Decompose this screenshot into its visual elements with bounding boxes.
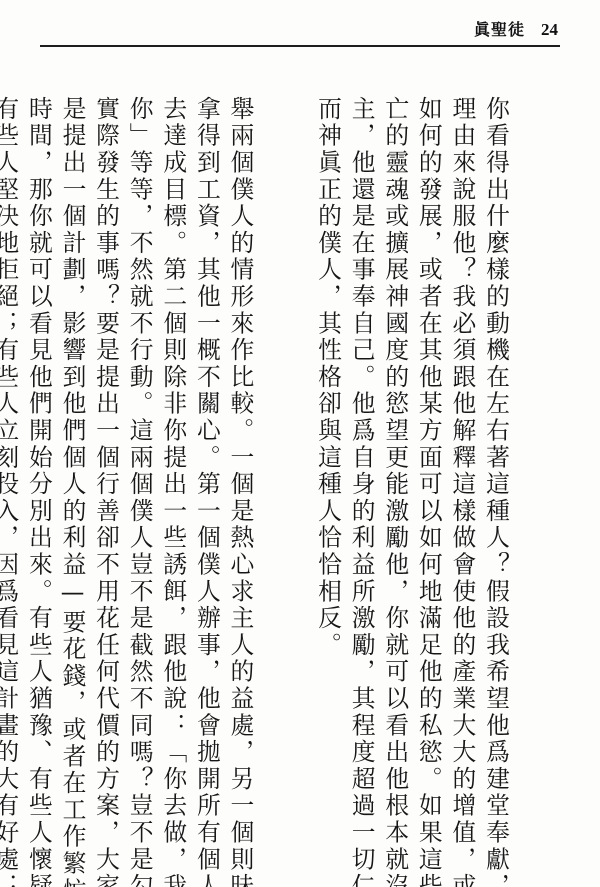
text-column: 你看得出什麼樣的動機在左右著這種人？假設我希望他爲建堂奉獻，我應該用什麼 xyxy=(478,96,566,856)
text-column: 舉兩個僕人的情形來作比較。一個是熱心求主人的益處，另一個則昧著良心，只要 xyxy=(223,96,311,856)
text-column: 拿得到工資，其他一概不關心。第一個僕人辦事，他會拋開所有個人的因素，全心全意 xyxy=(189,96,223,856)
text-column: 理由來說服他？我必須跟他解釋這樣做會使他的產業大大的增值，或是幫助他的政黨有 xyxy=(445,96,479,856)
text-column: 是提出一個計劃，影響到他們個人的利益—要花錢，或者在工作繁忙的時候要花他們的 xyxy=(55,96,89,856)
page-number: 24 xyxy=(541,20,558,40)
text-column: 如何的發展，或者在其他某方面可以如何地滿足他的私慾。如果這些動機，比起拯救滅 xyxy=(411,96,445,856)
running-title: 眞聖徒 xyxy=(474,17,525,40)
text-column: 而神眞正的僕人，其性格卻與這種人恰恰相反。 xyxy=(310,96,344,856)
running-head: 眞聖徒 24 xyxy=(474,14,558,40)
text-column: 去達成目標。第二個則除非你提出一些誘餌，跟他說：「你去做，我加你薪水、我提拔 xyxy=(156,96,190,856)
text-column: 主，他還是在事奉自己。他爲自身的利益所激勵，其程度超過一切仁義行善的原則。然 xyxy=(344,96,378,856)
text-column: 有些人堅決地拒絕；有些人立刻投入，因爲看見這計畫的大有好處；有些人則必須等你 xyxy=(0,96,21,856)
text-column: 亡的靈魂或擴展神國度的慾望更能激勵他，你就可以看出他根本就沒有獻上自己來事奉 xyxy=(378,96,412,856)
text-column: 實際發生的事嗎？要是提出一個行善卻不用花任何代價的方案，大家都會去做。可是要 xyxy=(88,96,122,856)
text-column: 時間，那你就可以看見他們開始分別出來。有些人猶豫、有些人懷疑、有些人提出反對、 xyxy=(21,96,55,856)
text-column: 你」等等，不然就不行動。這兩個僕人豈不是截然不同嗎？豈不是勾勒出我們各教會裡 xyxy=(122,96,156,856)
body-text: 你看得出什麼樣的動機在左右著這種人？假設我希望他爲建堂奉獻，我應該用什麼 理由來… xyxy=(0,96,566,856)
book-page: 眞聖徒 24 你看得出什麼樣的動機在左右著這種人？假設我希望他爲建堂奉獻，我應該… xyxy=(0,0,600,887)
header-divider xyxy=(40,45,560,47)
